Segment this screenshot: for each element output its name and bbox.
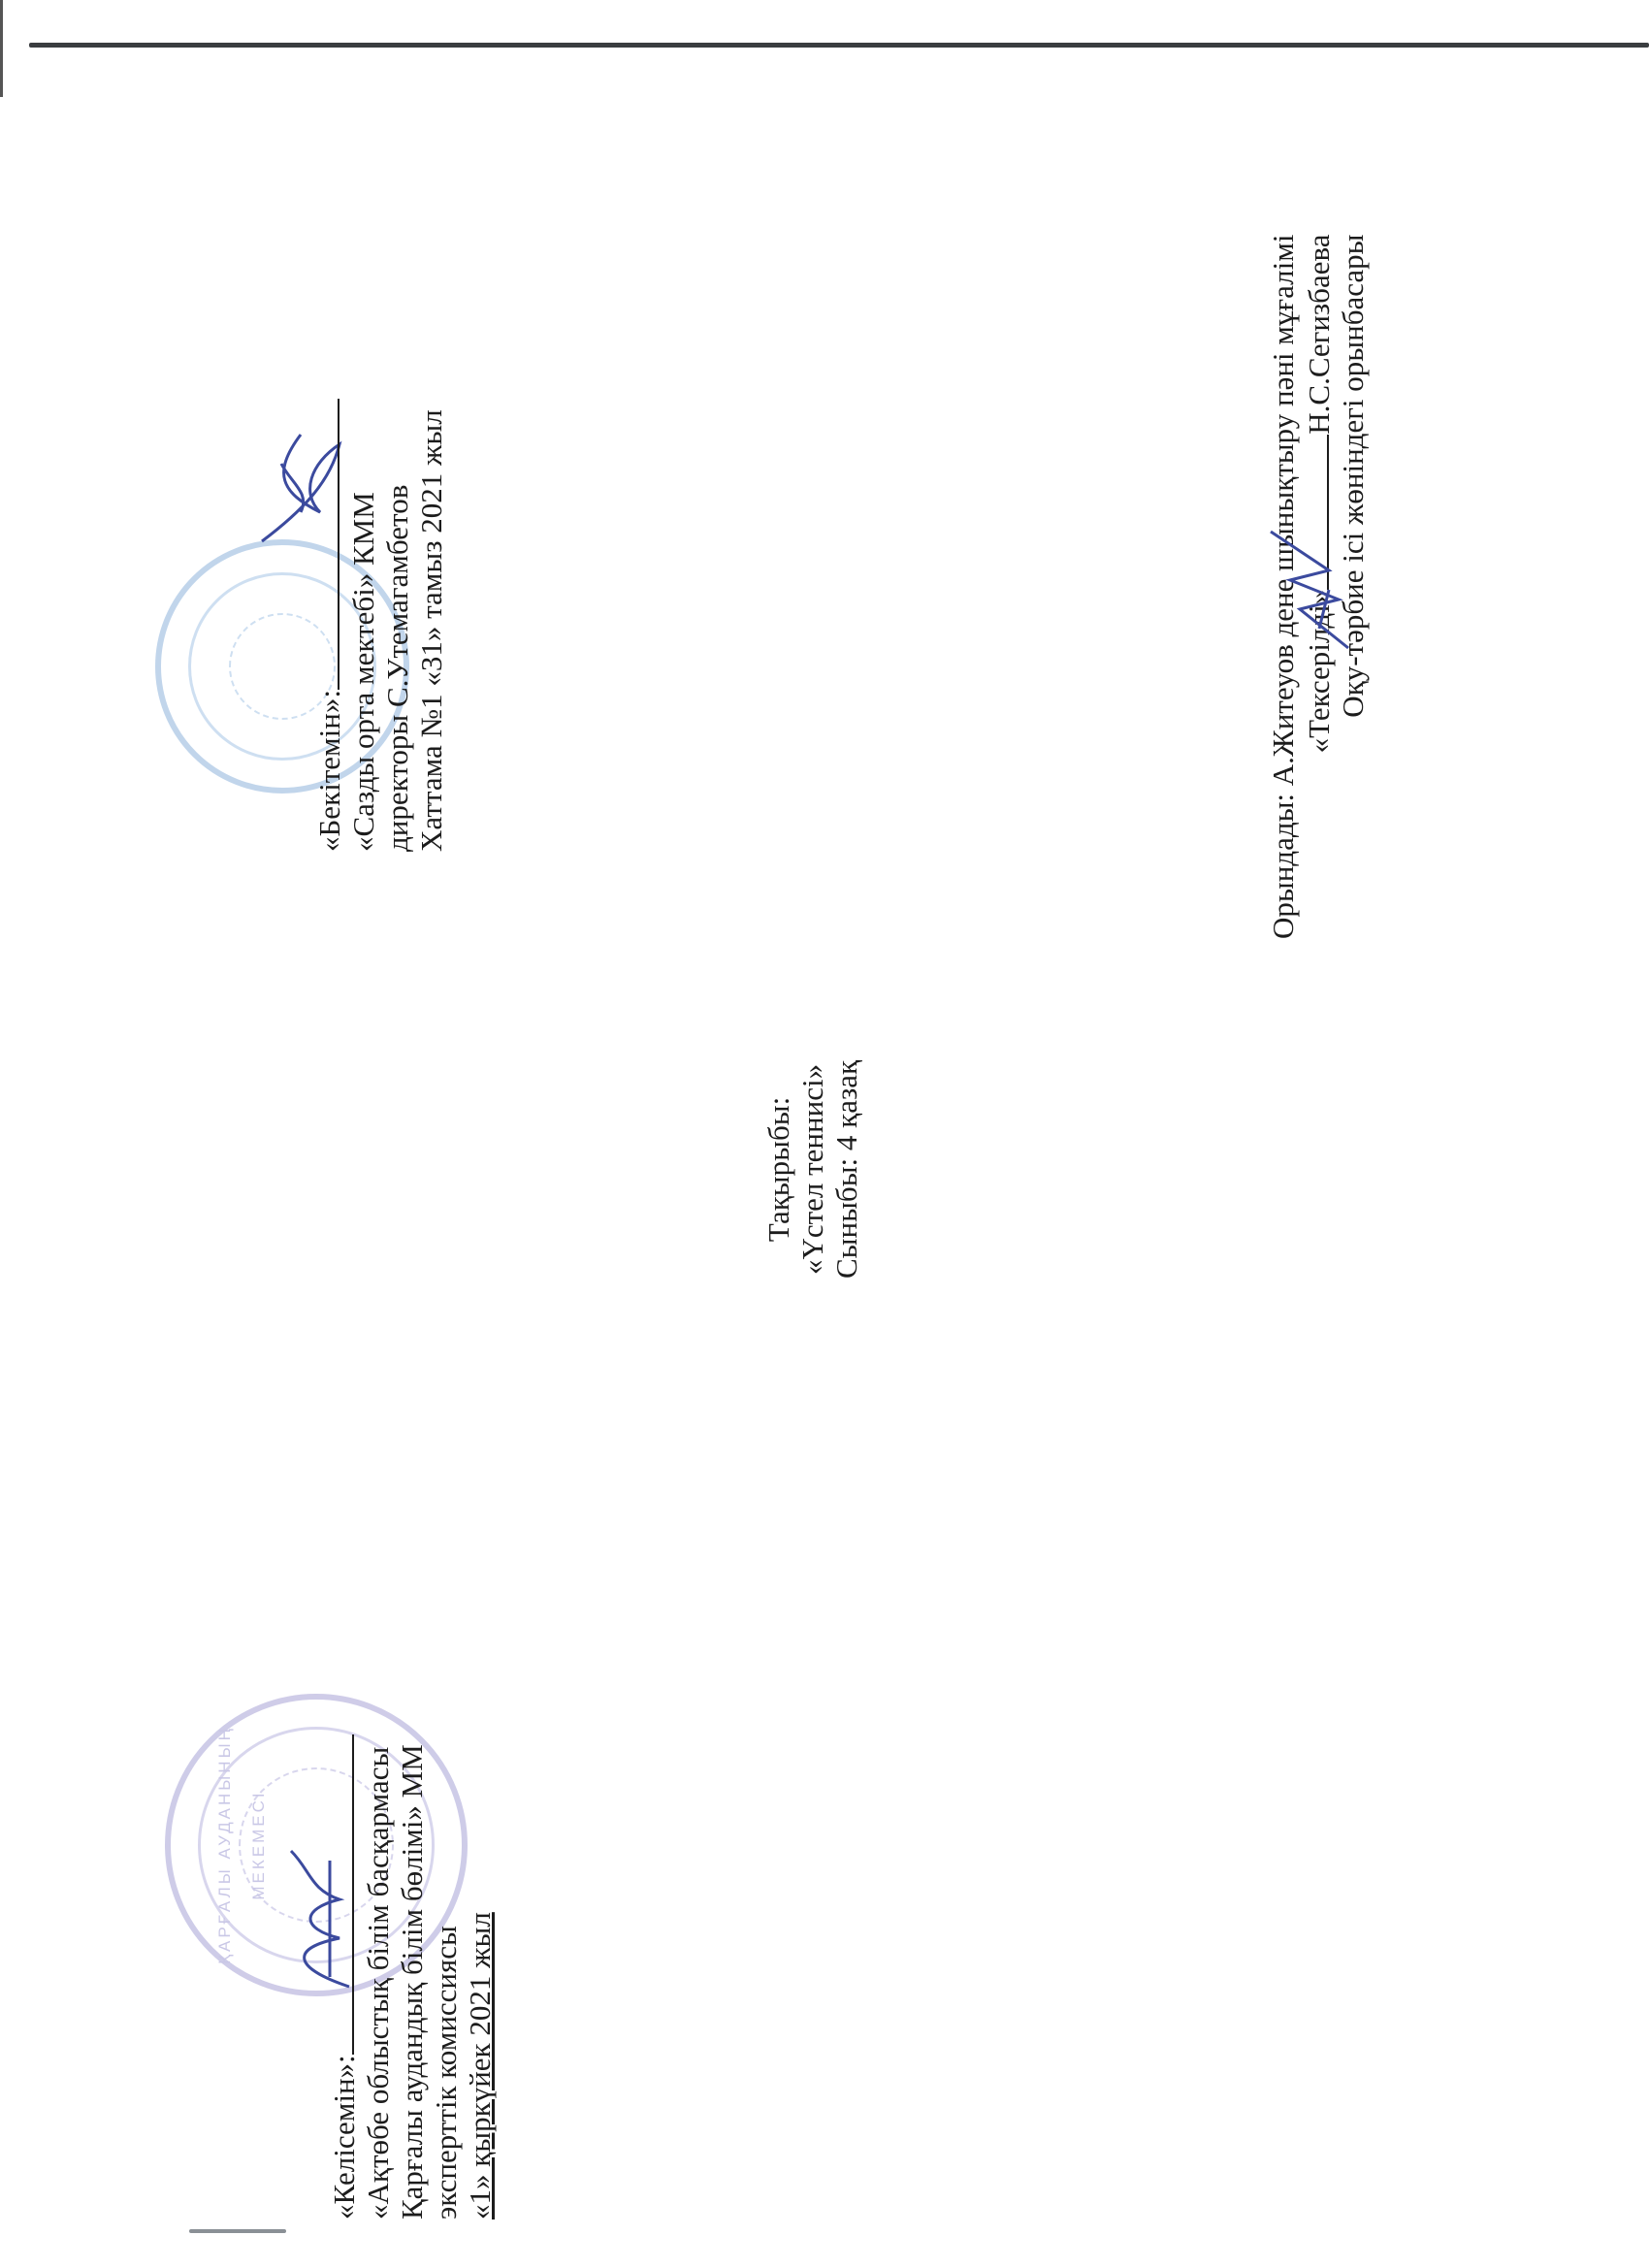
agreement-block: «Келісемін»: «Ақтөбе облыстық білім басқ…	[325, 1734, 497, 2219]
checked-by: Н.С.Сегизбаева	[1302, 235, 1336, 435]
signature-line	[310, 399, 339, 690]
approval-label-line: «Бекітемін»:	[310, 399, 346, 852]
topic-label: Тақырыбы:	[761, 1060, 795, 1279]
topic: «Үстел теннисі»	[795, 1060, 829, 1279]
agreement-label-line: «Келісемін»:	[325, 1734, 361, 2219]
agreement-signature-line	[325, 1734, 354, 2055]
agreement-line2: Қарғалы аудандық білім бөлімі» ММ	[395, 1734, 429, 2219]
checker-signature	[1261, 522, 1368, 658]
agreement-label: «Келісемін»:	[327, 2055, 361, 2219]
agreement-line1: «Ақтөбе облыстық білім басқармасы	[361, 1734, 395, 2219]
title-block: Тақырыбы: «Үстел теннисі» Сыныбы: 4 қаза…	[761, 1060, 863, 1279]
approval-director: директоры С.Утемагамбетов	[380, 399, 414, 852]
stamp-text: ҚАРҒАЛЫ АУДАНЫНЫҢ МЕКЕМЕСІ	[208, 1700, 275, 1991]
document-page: «Бекітемін»: «Сазды орта мектебі» КММ ди…	[0, 0, 1649, 2268]
agreement-line3: эксперттік комиссиясы	[429, 1734, 463, 2219]
grade: Сыныбы: 4 қазақ	[829, 1060, 863, 1279]
approval-org: «Сазды орта мектебі» КММ	[346, 399, 380, 852]
approval-label: «Бекітемін»:	[312, 690, 346, 852]
approval-block: «Бекітемін»: «Сазды орта мектебі» КММ ди…	[310, 399, 448, 852]
approval-protocol: Хаттама №1 «31» тамыз 2021 жыл	[414, 399, 448, 852]
agreement-date: «1» қыркүйек 2021 жыл	[463, 1734, 497, 2219]
